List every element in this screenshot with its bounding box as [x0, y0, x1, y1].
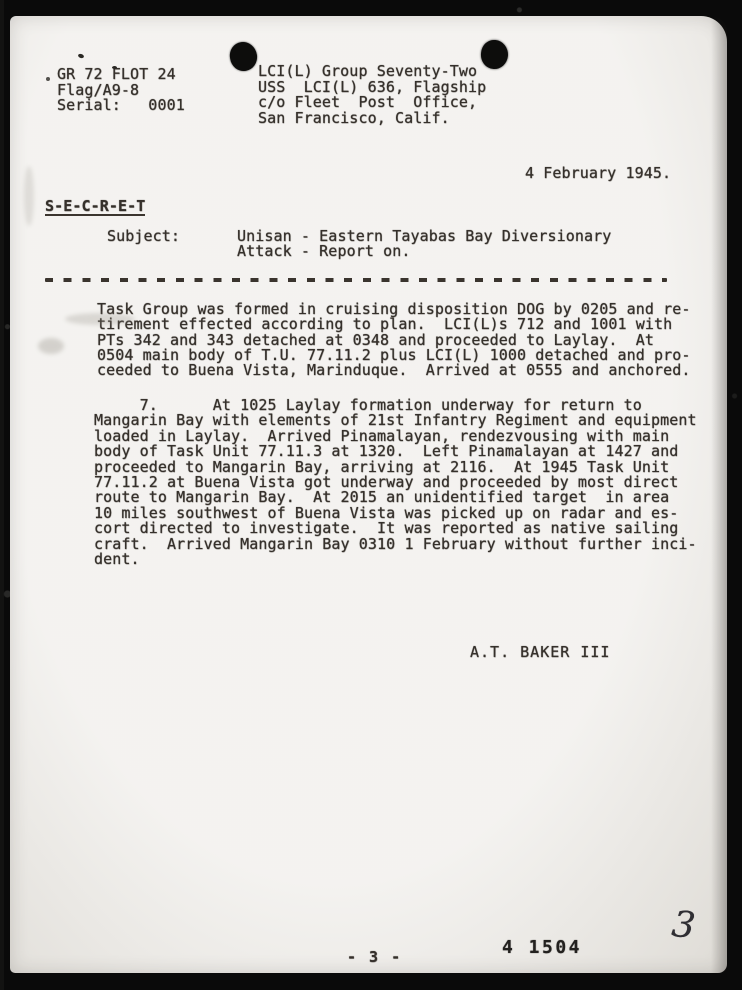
scanned-document-page: GR 72 FLOT 24 Flag/A9-8 Serial: 0001 LCI…	[0, 0, 742, 990]
body-paragraph-continuation: Task Group was formed in cruising dispos…	[97, 302, 691, 378]
header-address-block: LCI(L) Group Seventy-Two USS LCI(L) 636,…	[258, 64, 486, 126]
dashed-separator-rule	[45, 278, 667, 282]
classification-marking: S-E-C-R-E-T	[45, 199, 145, 216]
signature-name: A.T. BAKER III	[470, 645, 610, 660]
scan-smudge	[38, 338, 64, 354]
ink-speck	[112, 66, 117, 69]
handwritten-page-note: 3	[671, 917, 696, 935]
scan-smudge	[65, 313, 135, 325]
page-number: - 3 -	[347, 950, 402, 965]
ink-speck	[46, 77, 50, 81]
address-line-4: San Francisco, Calif.	[258, 109, 450, 127]
paper-sheet: GR 72 FLOT 24 Flag/A9-8 Serial: 0001 LCI…	[10, 16, 727, 973]
scan-smudge	[24, 166, 34, 226]
ink-speck	[77, 53, 84, 59]
subject-text: Unisan - Eastern Tayabas Bay Diversionar…	[237, 229, 611, 260]
body-paragraph-7: 7. At 1025 Laylay formation underway for…	[94, 398, 697, 567]
subject-label: Subject:	[107, 229, 180, 244]
paper-edge-shadow	[711, 16, 727, 973]
originator-line-3: Serial: 0001	[57, 96, 185, 114]
document-date: 4 February 1945.	[525, 166, 671, 181]
header-originator-block: GR 72 FLOT 24 Flag/A9-8 Serial: 0001	[57, 67, 185, 114]
serial-stamp: 4 1504	[502, 940, 582, 955]
